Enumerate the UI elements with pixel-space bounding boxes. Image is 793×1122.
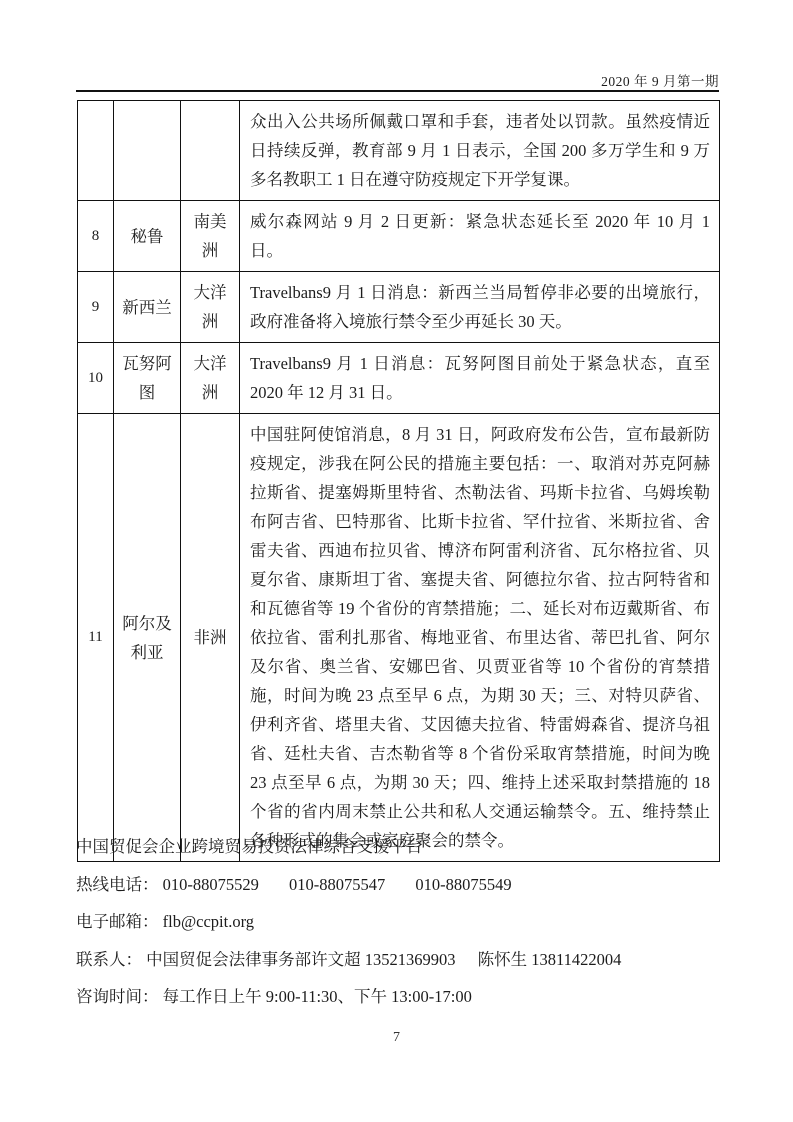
measure-content-cell: 中国驻阿使馆消息，8 月 31 日，阿政府发布公告，宣布最新防疫规定，涉我在阿公…	[240, 414, 720, 862]
country-cell: 新西兰	[114, 272, 181, 343]
continent-cell: 大洋洲	[181, 272, 240, 343]
document-page: 2020 年 9 月第一期 众出入公共场所佩戴口罩和手套，违者处以罚款。虽然疫情…	[0, 0, 793, 1122]
table-row: 10 瓦努阿图 大洋洲 Travelbans9 月 1 日消息：瓦努阿图目前处于…	[78, 343, 720, 414]
issue-header: 2020 年 9 月第一期	[76, 70, 719, 90]
hours-value: 每工作日上午 9:00-11:30、下午 13:00-17:00	[163, 987, 472, 1006]
country-cell: 秘鲁	[114, 201, 181, 272]
row-number-cell: 11	[78, 414, 114, 862]
measure-content-cell: Travelbans9 月 1 日消息：瓦努阿图目前处于紧急状态，直至 2020…	[240, 343, 720, 414]
hotline-number: 010-88075549	[415, 875, 511, 894]
hotline-number: 010-88075529	[163, 875, 259, 894]
country-cell: 阿尔及利亚	[114, 414, 181, 862]
measure-content-cell: 众出入公共场所佩戴口罩和手套，违者处以罚款。虽然疫情近日持续反弹，教育部 9 月…	[240, 101, 720, 201]
hotline-label: 热线电话：	[76, 875, 159, 894]
table-row: 众出入公共场所佩戴口罩和手套，违者处以罚款。虽然疫情近日持续反弹，教育部 9 月…	[78, 101, 720, 201]
country-cell: 瓦努阿图	[114, 343, 181, 414]
hours-line: 咨询时间： 每工作日上午 9:00-11:30、下午 13:00-17:00	[76, 978, 696, 1016]
row-number-cell: 10	[78, 343, 114, 414]
country-measures-table: 众出入公共场所佩戴口罩和手套，违者处以罚款。虽然疫情近日持续反弹，教育部 9 月…	[77, 100, 720, 862]
table-row: 9 新西兰 大洋洲 Travelbans9 月 1 日消息：新西兰当局暂停非必要…	[78, 272, 720, 343]
row-number-cell	[78, 101, 114, 201]
email-line: 电子邮箱： flb@ccpit.org	[76, 903, 696, 941]
contact-label: 联系人：	[76, 950, 142, 969]
hotline-number: 010-88075547	[289, 875, 385, 894]
contact-line: 联系人： 中国贸促会法律事务部许文超 13521369903 陈怀生 13811…	[76, 941, 696, 979]
hotline-line: 热线电话： 010-88075529 010-88075547 010-8807…	[76, 866, 696, 904]
header-divider	[76, 90, 719, 92]
continent-cell	[181, 101, 240, 201]
measure-content-cell: 威尔森网站 9 月 2 日更新：紧急状态延长至 2020 年 10 月 1 日。	[240, 201, 720, 272]
row-number-cell: 9	[78, 272, 114, 343]
contact-footer: 中国贸促会企业跨境贸易投资法律综合支援平台 热线电话： 010-88075529…	[76, 828, 696, 1016]
platform-name: 中国贸促会企业跨境贸易投资法律综合支援平台	[76, 828, 696, 866]
country-cell	[114, 101, 181, 201]
table-row: 11 阿尔及利亚 非洲 中国驻阿使馆消息，8 月 31 日，阿政府发布公告，宣布…	[78, 414, 720, 862]
continent-cell: 南美洲	[181, 201, 240, 272]
measure-content-cell: Travelbans9 月 1 日消息：新西兰当局暂停非必要的出境旅行，政府准备…	[240, 272, 720, 343]
page-number: 7	[0, 1030, 793, 1046]
email-address: flb@ccpit.org	[163, 912, 254, 931]
row-number-cell: 8	[78, 201, 114, 272]
contact-person: 中国贸促会法律事务部许文超 13521369903	[146, 950, 455, 969]
contact-person: 陈怀生 13811422004	[478, 950, 622, 969]
continent-cell: 大洋洲	[181, 343, 240, 414]
hours-label: 咨询时间：	[76, 987, 159, 1006]
email-label: 电子邮箱：	[76, 912, 159, 931]
continent-cell: 非洲	[181, 414, 240, 862]
table-row: 8 秘鲁 南美洲 威尔森网站 9 月 2 日更新：紧急状态延长至 2020 年 …	[78, 201, 720, 272]
